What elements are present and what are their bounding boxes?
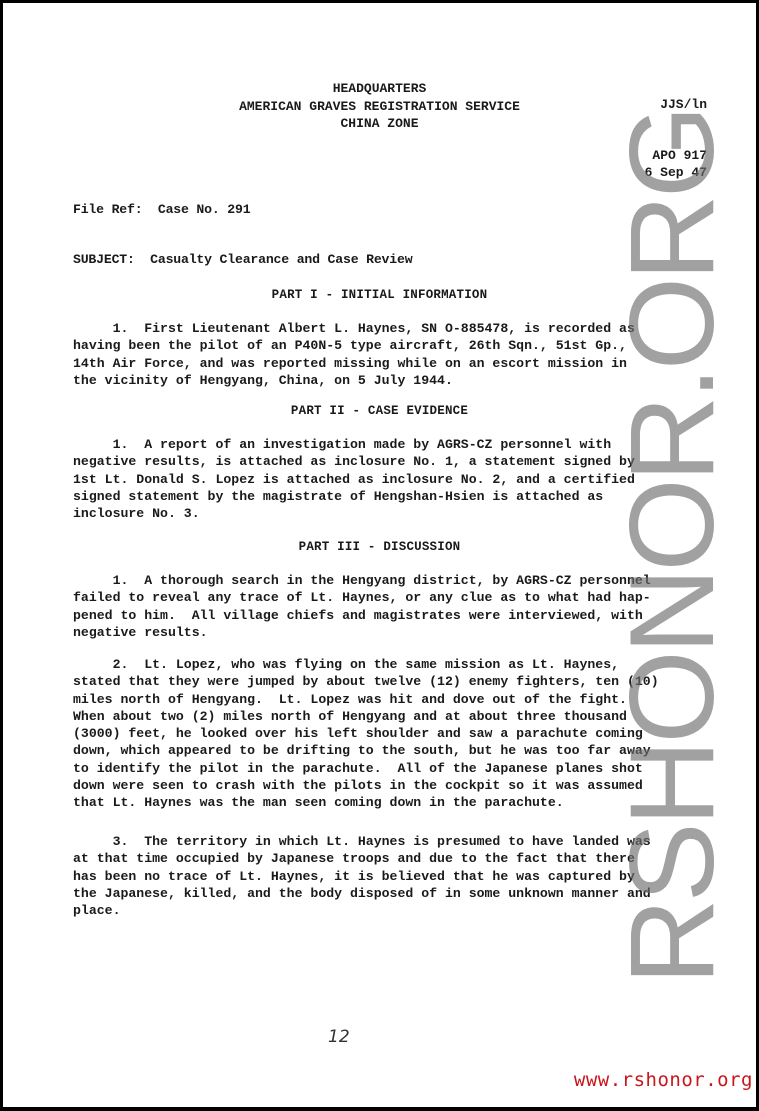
page-border [0,0,759,1111]
